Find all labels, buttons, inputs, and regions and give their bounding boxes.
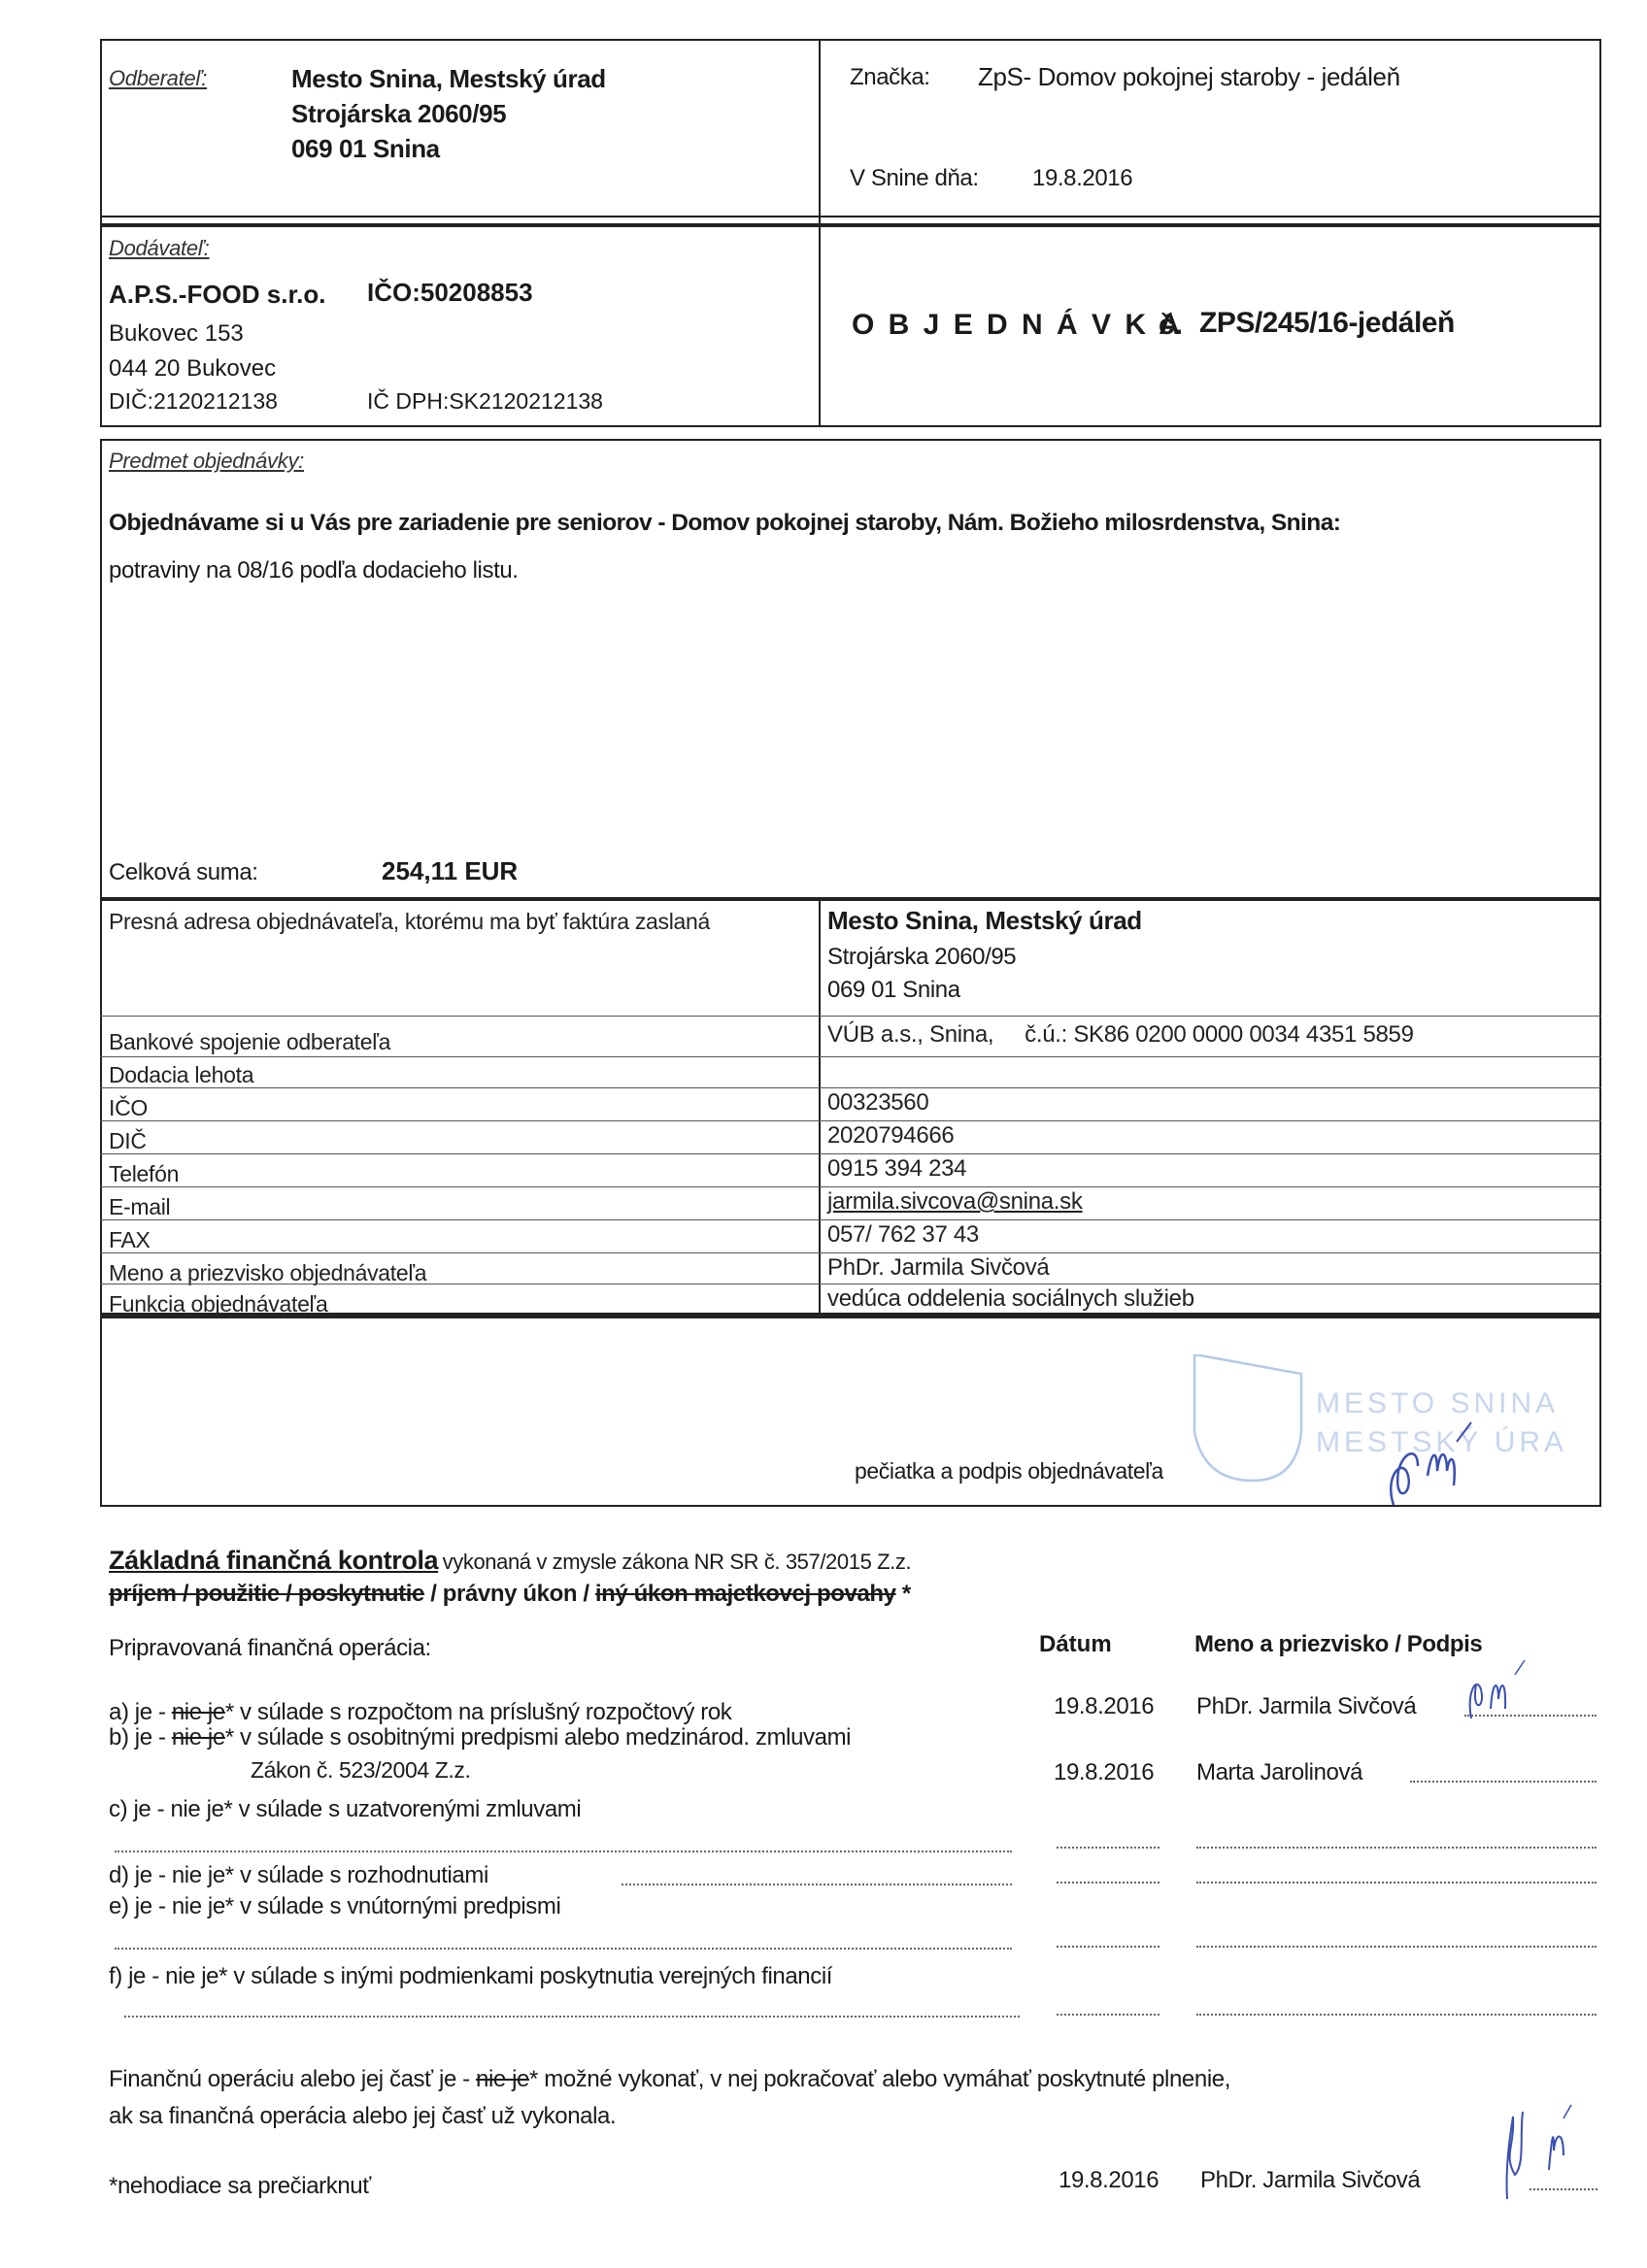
header-divider <box>819 39 821 225</box>
item-prefix: d) je - nie je <box>109 1862 225 1888</box>
date-label: V Snine dňa: <box>850 165 979 192</box>
row-rule <box>100 1186 1601 1187</box>
supplier-divider <box>819 225 821 427</box>
row-rule <box>100 1056 1601 1057</box>
total-value: 254,11 EUR <box>382 856 518 886</box>
subject-label: Predmet objednávky: <box>109 449 304 474</box>
row-value-name: PhDr. Jarmila Sivčová <box>827 1254 1049 1282</box>
control-item-b-date: 19.8.2016 <box>1054 1759 1154 1786</box>
row-value-fax: 057/ 762 37 43 <box>827 1221 979 1249</box>
dotted-line <box>1196 2014 1597 2016</box>
total-label: Celková suma: <box>109 859 258 886</box>
supplier-street: Bukovec 153 <box>109 320 244 348</box>
item-struck: nie je <box>172 1724 225 1751</box>
address-name: Mesto Snina, Mestský úrad <box>827 906 1142 936</box>
row-label-delivery: Dodacia lehota <box>109 1062 253 1088</box>
item-text: * v súlade s rozhodnutiami <box>225 1862 488 1888</box>
control-types-star: * <box>896 1581 911 1607</box>
signature-line <box>1410 1781 1597 1783</box>
customer-label: Odberateľ: <box>109 66 207 91</box>
control-title: Základná finančná kontrola <box>109 1546 438 1575</box>
dotted-line <box>1196 1882 1597 1884</box>
supplier-city: 044 20 Bukovec <box>109 355 276 383</box>
row-rule <box>100 1252 1601 1253</box>
dotted-line <box>124 2016 1020 2018</box>
dotted-line <box>622 1884 1012 1885</box>
control-item-a-date: 19.8.2016 <box>1054 1693 1154 1720</box>
supplier-dic: DIČ:2120212138 <box>109 388 278 415</box>
row-label-fax: FAX <box>109 1227 151 1253</box>
item-prefix: f) je - nie je <box>109 1963 218 1989</box>
row-label-email: E-mail <box>109 1194 170 1220</box>
details-divider <box>819 899 821 1317</box>
row-value-phone: 0915 394 234 <box>827 1155 966 1183</box>
control-item-b-subtext: Zákon č. 523/2004 Z.z. <box>251 1757 470 1784</box>
item-text: * v súlade s inými podmienkami poskytnut… <box>218 1963 832 1989</box>
column-date-header: Dátum <box>1039 1631 1112 1658</box>
signature-icon <box>1374 1417 1481 1515</box>
address-city: 069 01 Snina <box>827 977 960 1004</box>
supplier-ic-dph: IČ DPH:SK2120212138 <box>367 388 603 415</box>
control-item-b: b) je - nie je* v súlade s osobitnými pr… <box>109 1724 851 1751</box>
row-value-ico: 00323560 <box>827 1089 928 1117</box>
subject-detail: potraviny na 08/16 podľa dodacieho listu… <box>109 557 519 584</box>
item-text: * v súlade s osobitnými predpismi alebo … <box>225 1724 851 1751</box>
supplier-label: Dodávateľ: <box>109 236 209 261</box>
control-types: príjem / použitie / poskytnutie / právny… <box>109 1581 911 1608</box>
control-types-kept: / právny úkon / <box>424 1581 595 1607</box>
dotted-line <box>1057 1882 1160 1884</box>
control-item-b-name: Marta Jarolinová <box>1196 1759 1362 1786</box>
item-text: * v súlade s rozpočtom na príslušný rozp… <box>225 1699 732 1725</box>
item-prefix: c) je - nie je <box>109 1796 223 1822</box>
signature-icon <box>1496 2097 1593 2204</box>
item-text: * v súlade s vnútornými predpismi <box>225 1893 561 1919</box>
control-item-a-name: PhDr. Jarmila Sivčová <box>1196 1693 1416 1720</box>
dotted-line <box>1196 1946 1597 1948</box>
dotted-line <box>1057 2014 1160 2016</box>
customer-city: 069 01 Snina <box>291 134 440 164</box>
conclusion-struck: nie je <box>476 2066 529 2092</box>
order-title: O B J E D N Á V K A <box>852 309 1183 342</box>
row-rule <box>100 1087 1601 1088</box>
row-label-bank: Bankové spojenie odberateľa <box>109 1029 390 1055</box>
item-text: * v súlade s uzatvorenými zmluvami <box>223 1796 581 1822</box>
control-item-c: c) je - nie je* v súlade s uzatvorenými … <box>109 1796 581 1823</box>
row-value-email[interactable]: jarmila.sivcova@snina.sk <box>827 1188 1083 1216</box>
control-types-struck-2: iný úkon majetkovej povahy <box>595 1581 896 1607</box>
order-number: ZPS/245/16-jedáleň <box>1199 307 1455 340</box>
row-label-dic: DIČ <box>109 1128 147 1154</box>
stamp-caption: pečiatka a podpis objednávateľa <box>855 1458 1163 1484</box>
mark-label: Značka: <box>850 64 930 91</box>
item-struck: nie je <box>172 1699 225 1725</box>
item-prefix: b) je - <box>109 1724 172 1751</box>
control-item-d: d) je - nie je* v súlade s rozhodnutiami <box>109 1862 488 1889</box>
control-item-a: a) je - nie je* v súlade s rozpočtom na … <box>109 1699 731 1726</box>
dotted-line <box>1057 1946 1160 1948</box>
row-label-name: Meno a priezvisko objednávateľa <box>109 1260 426 1286</box>
conclusion-prefix: Finančnú operáciu alebo jej časť je - <box>109 2066 476 2092</box>
svg-text:MESTO SNINA: MESTO SNINA <box>1316 1387 1559 1419</box>
row-label-ico: IČO <box>109 1095 148 1121</box>
header-bottom-rule <box>100 216 1601 217</box>
address-street: Strojárska 2060/95 <box>827 944 1016 971</box>
column-name-header: Meno a priezvisko / Podpis <box>1194 1631 1482 1658</box>
dotted-line <box>1196 1847 1597 1849</box>
control-heading: Základná finančná kontrola vykonaná v zm… <box>109 1546 911 1576</box>
row-value-function: vedúca oddelenia sociálnych služieb <box>827 1285 1194 1313</box>
subject-box <box>100 439 1601 899</box>
control-types-struck-1: príjem / použitie / poskytnutie <box>109 1581 424 1607</box>
dotted-line <box>115 1851 1012 1852</box>
row-rule <box>100 1120 1601 1121</box>
row-rule <box>100 1016 1601 1017</box>
row-value-dic: 2020794666 <box>827 1122 954 1150</box>
address-label: Presná adresa objednávateľa, ktorému ma … <box>109 909 710 935</box>
row-rule <box>100 1284 1601 1284</box>
supplier-name: A.P.S.-FOOD s.r.o. <box>109 280 325 310</box>
conclusion-line-1: Finančnú operáciu alebo jej časť je - ni… <box>109 2066 1230 2093</box>
row-rule <box>100 1219 1601 1220</box>
customer-name: Mesto Snina, Mestský úrad <box>291 64 606 94</box>
row-value-bank: VÚB a.s., Snina, č.ú.: SK86 0200 0000 00… <box>827 1021 1414 1049</box>
item-prefix: a) je - <box>109 1699 172 1725</box>
signature-icon <box>1462 1655 1539 1723</box>
order-number-prefix: č. <box>1159 309 1183 342</box>
final-name: PhDr. Jarmila Sivčová <box>1200 2167 1420 2194</box>
row-rule <box>100 1153 1601 1154</box>
control-item-f: f) je - nie je* v súlade s inými podmien… <box>109 1963 832 1990</box>
final-date: 19.8.2016 <box>1059 2167 1159 2194</box>
supplier-ico: IČO:50208853 <box>367 278 533 308</box>
dotted-line <box>1057 1847 1160 1849</box>
conclusion-line-2: ak sa finančná operácia alebo jej časť u… <box>109 2103 616 2130</box>
row-label-function: Funkcia objednávateľa <box>109 1291 327 1317</box>
control-title-suffix: vykonaná v zmysle zákona NR SR č. 357/20… <box>443 1550 912 1574</box>
customer-street: Strojárska 2060/95 <box>291 99 506 129</box>
conclusion-suffix: * možné vykonať, v nej pokračovať alebo … <box>529 2066 1230 2092</box>
footnote: *nehodiace sa prečiarknuť <box>109 2173 371 2200</box>
prepared-label: Pripravovaná finančná operácia: <box>109 1635 431 1662</box>
row-label-phone: Telefón <box>109 1161 179 1187</box>
item-prefix: e) je - nie je <box>109 1893 225 1919</box>
dotted-line <box>115 1948 1012 1950</box>
date-value: 19.8.2016 <box>1032 165 1132 192</box>
control-item-e: e) je - nie je* v súlade s vnútornými pr… <box>109 1893 560 1920</box>
mark-value: ZpS- Domov pokojnej staroby - jedáleň <box>978 62 1400 92</box>
subject-headline: Objednávame si u Vás pre zariadenie pre … <box>109 510 1340 537</box>
